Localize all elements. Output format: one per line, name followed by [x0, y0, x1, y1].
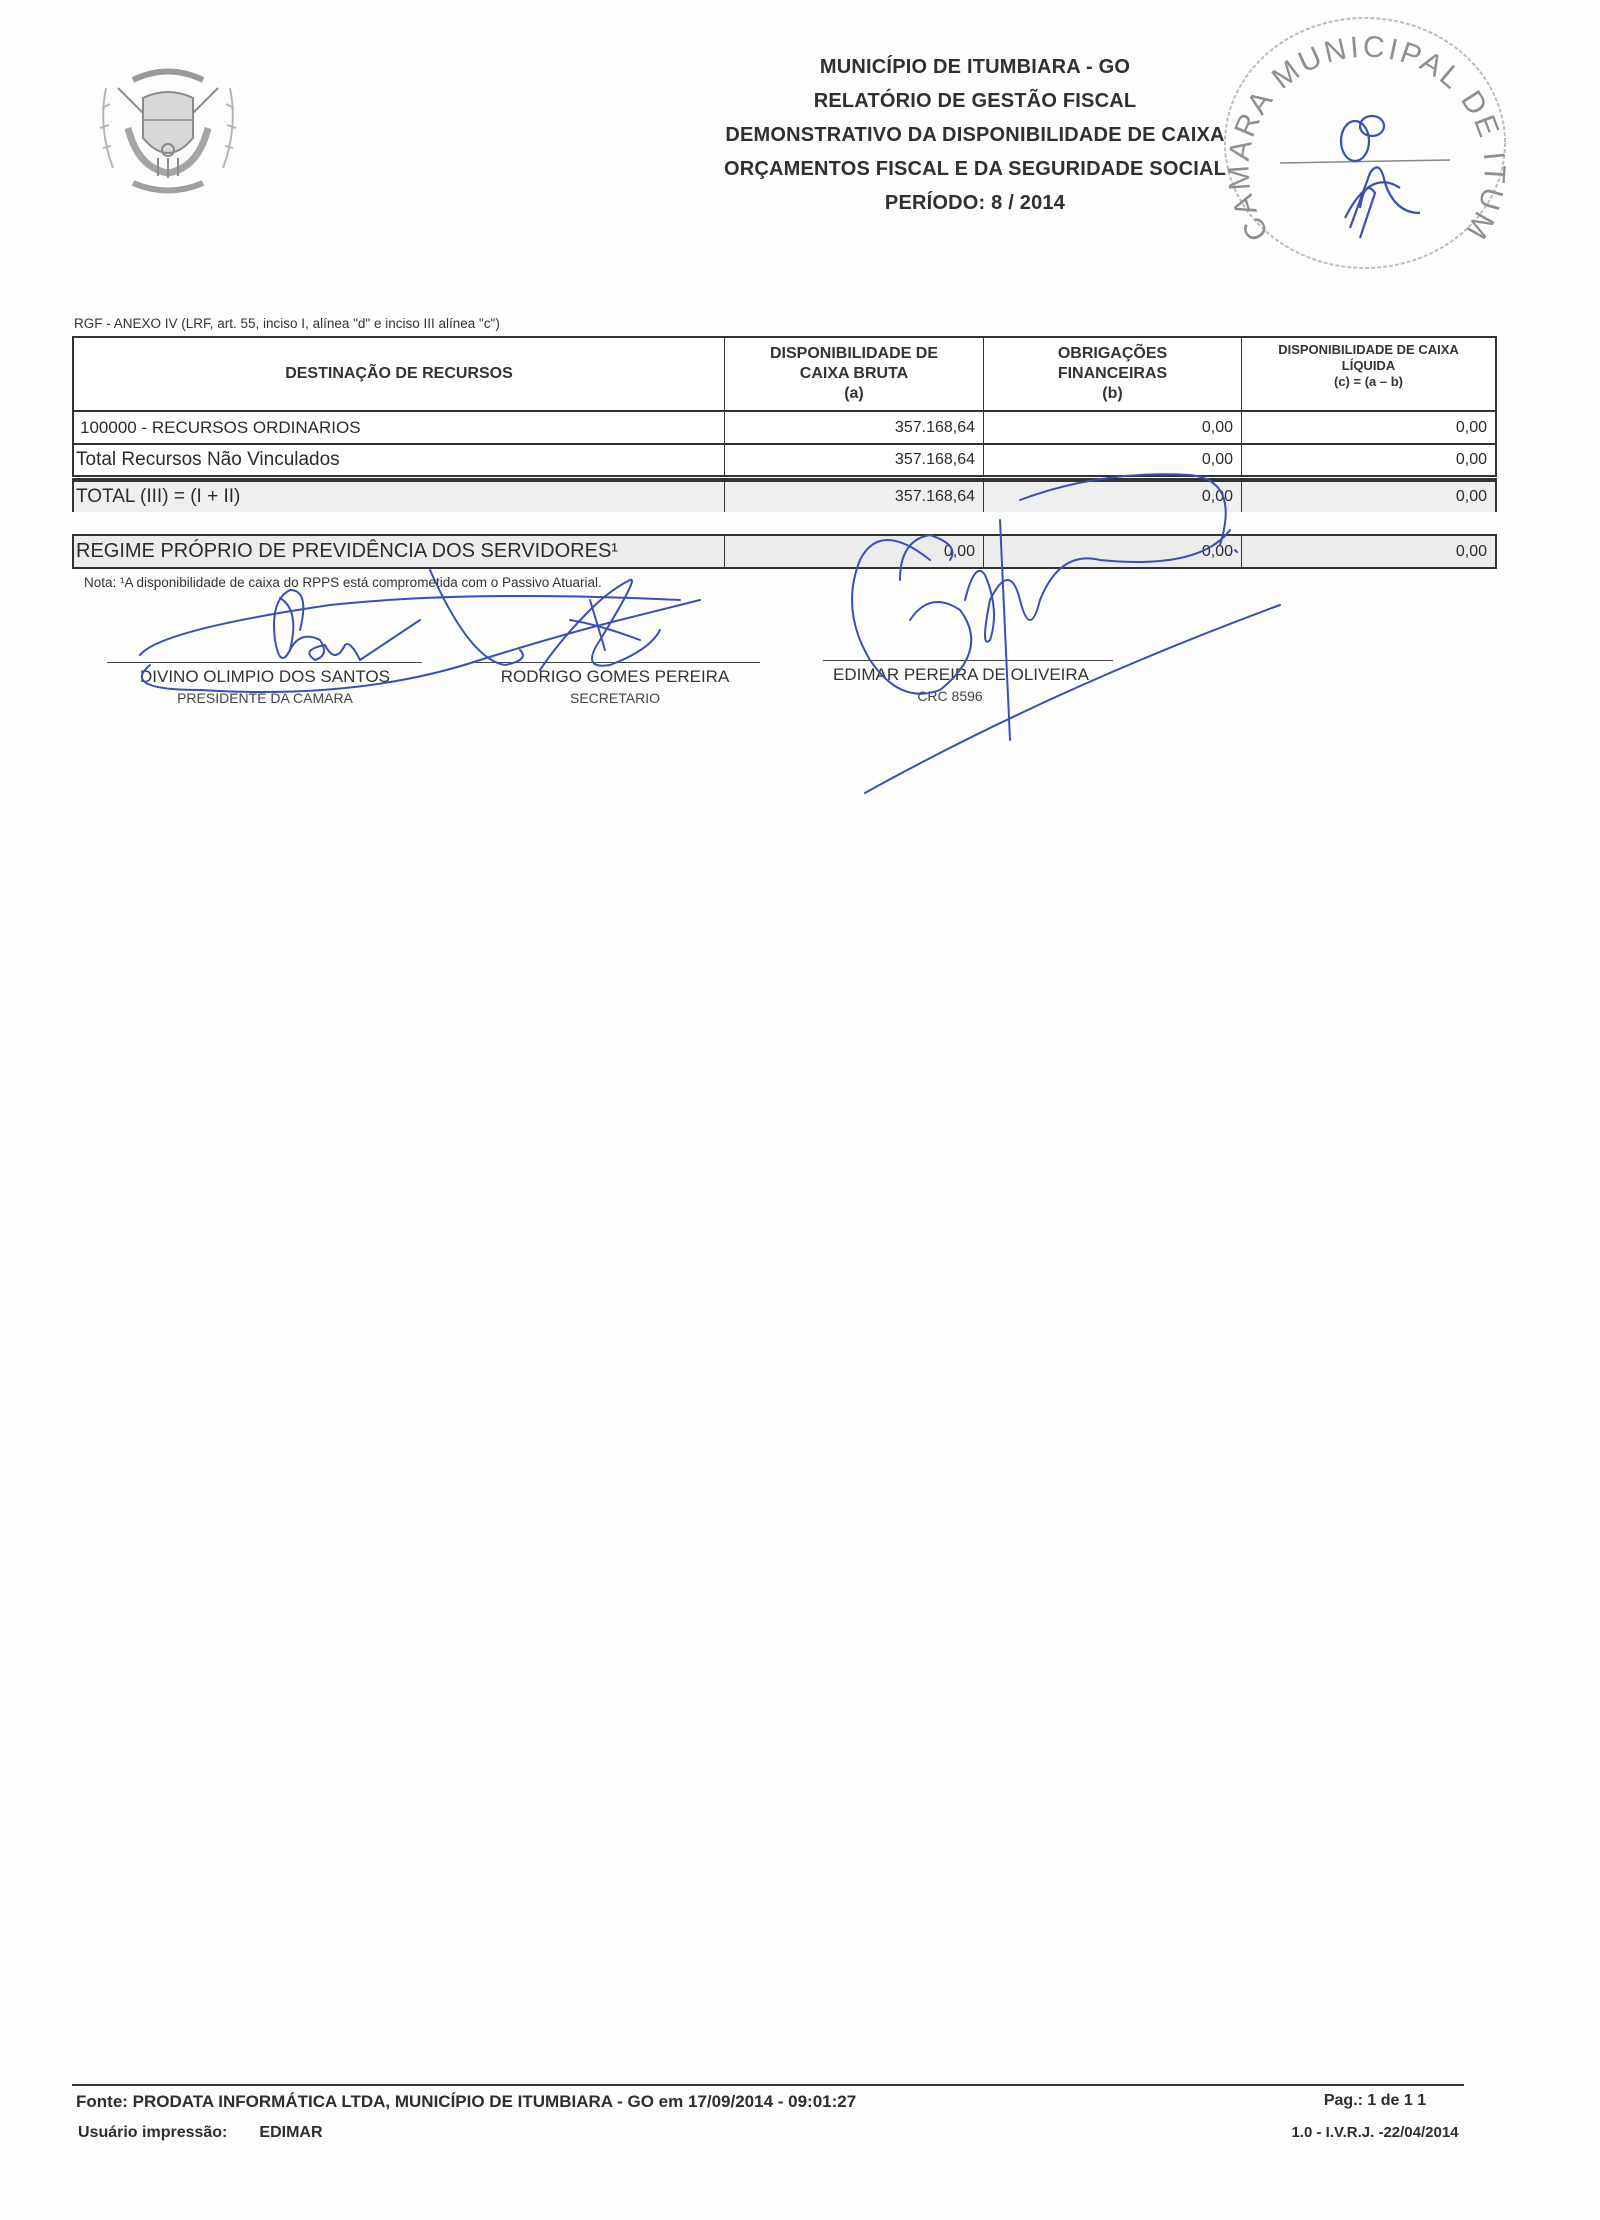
rpps-caixa-liquida: 0,00 [1241, 536, 1495, 567]
row-caixa-liquida: 0,00 [1241, 412, 1495, 443]
version-info: 1.0 - I.V.R.J. -22/04/2014 [1290, 2124, 1460, 2141]
table-header: DESTINAÇÃO DE RECURSOS DISPONIBILIDADE D… [72, 336, 1497, 412]
annex-reference: RGF - ANEXO IV (LRF, art. 55, inciso I, … [74, 316, 500, 331]
signature-line [470, 662, 760, 663]
table-row: 100000 - RECURSOS ORDINARIOS 357.168,64 … [72, 412, 1497, 445]
signatory-name: EDIMAR PEREIRA DE OLIVEIRA [800, 665, 1140, 685]
footer-divider [72, 2084, 1464, 2086]
column-header-caixa-liquida: DISPONIBILIDADE DE CAIXA LÍQUIDA (c) = (… [1241, 338, 1495, 410]
column-header-caixa-bruta: DISPONIBILIDADE DE CAIXA BRUTA (a) [724, 338, 983, 410]
signatory-name: RODRIGO GOMES PEREIRA [430, 667, 800, 687]
signature-line [823, 660, 1113, 661]
row-caixa-bruta: 357.168,64 [724, 482, 983, 512]
row-destinacao: 100000 - RECURSOS ORDINARIOS [74, 412, 724, 443]
row-destinacao: TOTAL (III) = (I + II) [74, 482, 724, 512]
signatory-role: PRESIDENTE DA CAMARA [80, 690, 450, 706]
signatory-name: DIVINO OLIMPIO DOS SANTOS [80, 667, 450, 687]
row-destinacao: Total Recursos Não Vinculados [74, 445, 724, 475]
signature-line [107, 662, 422, 663]
print-user-label: Usuário impressão: [78, 2124, 227, 2141]
row-obrigacoes: 0,00 [983, 445, 1241, 475]
row-obrigacoes: 0,00 [983, 412, 1241, 443]
camara-stamp-icon: CAMARA MUNICIPAL DE ITUMBIARA [1200, 8, 1530, 278]
table-row-subtotal: Total Recursos Não Vinculados 357.168,64… [72, 445, 1497, 477]
column-header-caixa-liquida-text: DISPONIBILIDADE DE CAIXA LÍQUIDA (c) = (… [1278, 342, 1459, 390]
source-line: Fonte: PRODATA INFORMÁTICA LTDA, MUNICÍP… [76, 2092, 856, 2112]
table-row-total: TOTAL (III) = (I + II) 357.168,64 0,00 0… [72, 478, 1497, 512]
row-caixa-liquida: 0,00 [1241, 445, 1495, 475]
signatory-role: CRC 8596 [860, 688, 1040, 704]
row-caixa-bruta: 357.168,64 [724, 445, 983, 475]
rpps-destinacao: REGIME PRÓPRIO DE PREVIDÊNCIA DOS SERVID… [74, 536, 724, 567]
row-obrigacoes: 0,00 [983, 482, 1241, 512]
column-header-caixa-bruta-text: DISPONIBILIDADE DE CAIXA BRUTA (a) [770, 344, 938, 404]
page-number: Pag.: 1 de 1 1 [1295, 2092, 1455, 2110]
column-header-destinacao: DESTINAÇÃO DE RECURSOS [74, 338, 724, 410]
table-row-rpps: REGIME PRÓPRIO DE PREVIDÊNCIA DOS SERVID… [72, 534, 1497, 569]
row-caixa-bruta: 357.168,64 [724, 412, 983, 443]
print-user-value: EDIMAR [259, 2124, 322, 2141]
signatory-role: SECRETARIO [430, 690, 800, 706]
row-caixa-liquida: 0,00 [1241, 482, 1495, 512]
footnote: Nota: ¹A disponibilidade de caixa do RPP… [84, 575, 602, 590]
column-header-obrigacoes-text: OBRIGAÇÕES FINANCEIRAS (b) [1058, 344, 1167, 404]
rpps-caixa-bruta: 0,00 [724, 536, 983, 567]
column-header-obrigacoes: OBRIGAÇÕES FINANCEIRAS (b) [983, 338, 1241, 410]
municipal-crest-icon [88, 58, 248, 198]
print-user: Usuário impressão:EDIMAR [78, 2124, 323, 2142]
rpps-obrigacoes: 0,00 [983, 536, 1241, 567]
